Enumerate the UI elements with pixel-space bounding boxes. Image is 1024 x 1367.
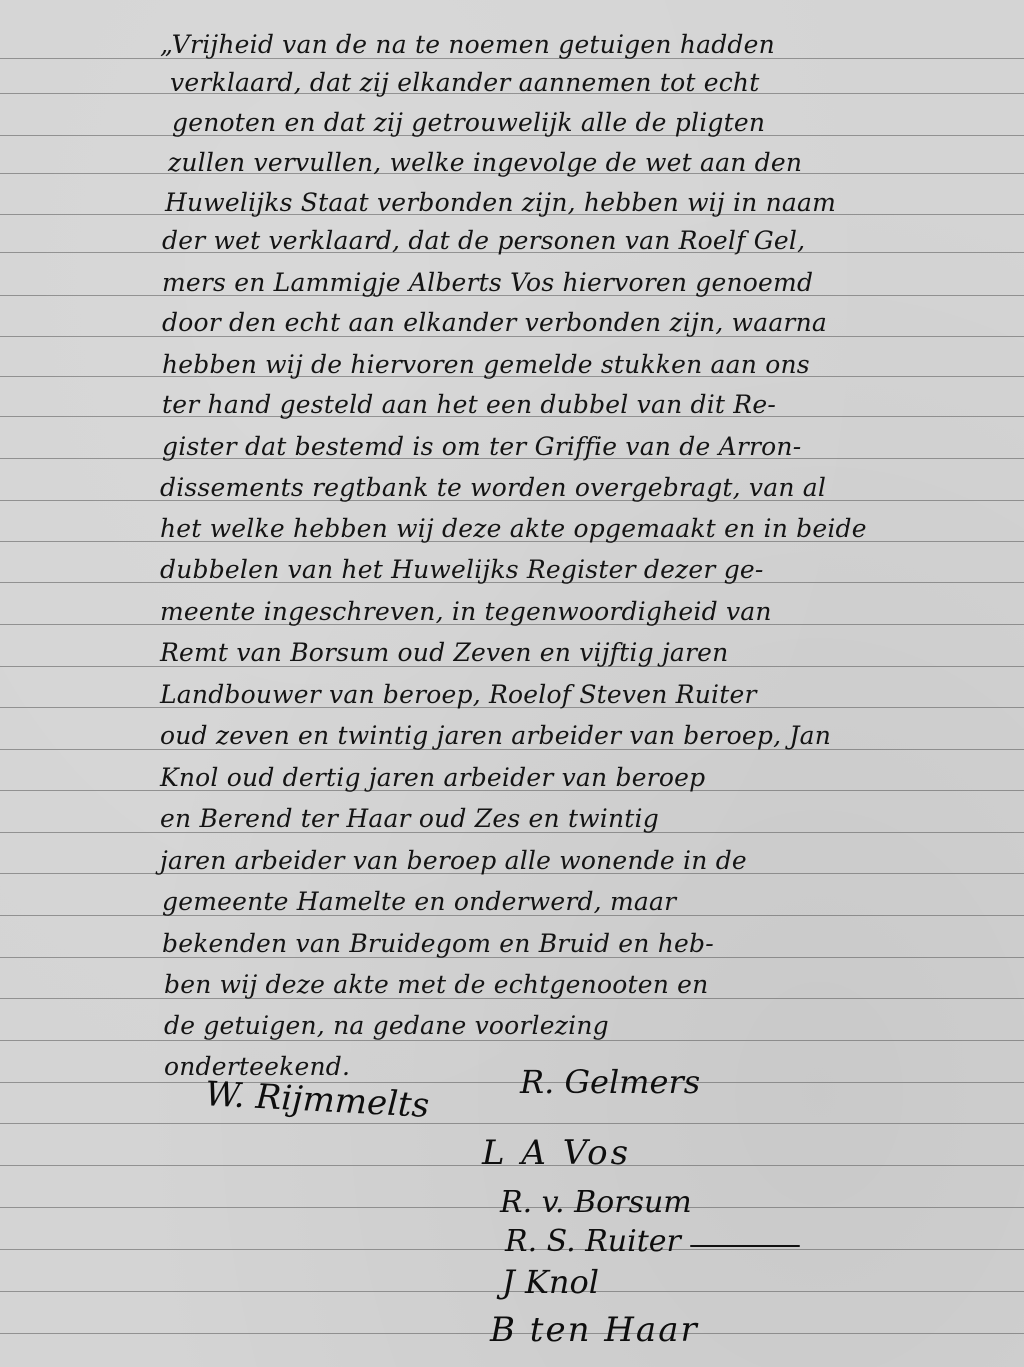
- ruled-line: [0, 1123, 1024, 1124]
- text-line: zullen vervullen, welke ingevolge de wet…: [168, 148, 802, 178]
- text-line: ben wij deze akte met de echtgenooten en: [164, 970, 708, 1000]
- text-line: dissements regtbank te worden overgebrag…: [160, 473, 826, 503]
- document-page: „Vrijheid van de na te noemen getuigen h…: [0, 0, 1024, 1367]
- text-line: gemeente Hamelte en onderwerd, maar: [162, 887, 676, 917]
- text-line: genoten en dat zij getrouwelijk alle de …: [172, 108, 765, 138]
- text-line: „Vrijheid van de na te noemen getuigen h…: [160, 30, 775, 60]
- signature-bride: L A Vos: [482, 1133, 631, 1173]
- text-line: mers en Lammigje Alberts Vos hiervoren g…: [162, 268, 813, 298]
- text-line: dubbelen van het Huwelijks Register deze…: [160, 555, 764, 585]
- text-line: Remt van Borsum oud Zeven en vijftig jar…: [160, 638, 728, 668]
- signature-witness-3: J Knol: [502, 1262, 599, 1302]
- text-line: de getuigen, na gedane voorlezing: [164, 1011, 609, 1041]
- text-line: en Berend ter Haar oud Zes en twintig: [160, 804, 659, 834]
- text-line: hebben wij de hiervoren gemelde stukken …: [162, 350, 810, 380]
- text-line: ter hand gesteld aan het een dubbel van …: [162, 390, 776, 420]
- text-line: bekenden van Bruidegom en Bruid en heb-: [162, 929, 714, 959]
- signature-groom: R. Gelmers: [520, 1062, 700, 1102]
- text-line: oud zeven en twintig jaren arbeider van …: [160, 721, 831, 751]
- text-line: gister dat bestemd is om ter Griffie van…: [162, 432, 801, 462]
- text-line: Huwelijks Staat verbonden zijn, hebben w…: [165, 188, 836, 218]
- signature-witness-2: R. S. Ruiter: [505, 1222, 681, 1262]
- text-line: meente ingeschreven, in tegenwoordigheid…: [160, 597, 772, 627]
- text-line: verklaard, dat zij elkander aannemen tot…: [170, 68, 759, 98]
- text-line: Landbouwer van beroep, Roelof Steven Rui…: [160, 680, 757, 710]
- text-line: door den echt aan elkander verbonden zij…: [162, 308, 827, 338]
- text-line: Knol oud dertig jaren arbeider van beroe…: [160, 763, 705, 793]
- ruled-line: [0, 1082, 1024, 1083]
- signature-witness-4: B ten Haar: [490, 1310, 699, 1350]
- signature-witness-1: R. v. Borsum: [500, 1183, 692, 1223]
- signature-flourish: [690, 1245, 800, 1247]
- text-line: het welke hebben wij deze akte opgemaakt…: [160, 514, 867, 544]
- signature-official: W. Rijmmelts: [204, 1074, 430, 1126]
- text-line: jaren arbeider van beroep alle wonende i…: [160, 846, 747, 876]
- text-line: der wet verklaard, dat de personen van R…: [162, 226, 805, 256]
